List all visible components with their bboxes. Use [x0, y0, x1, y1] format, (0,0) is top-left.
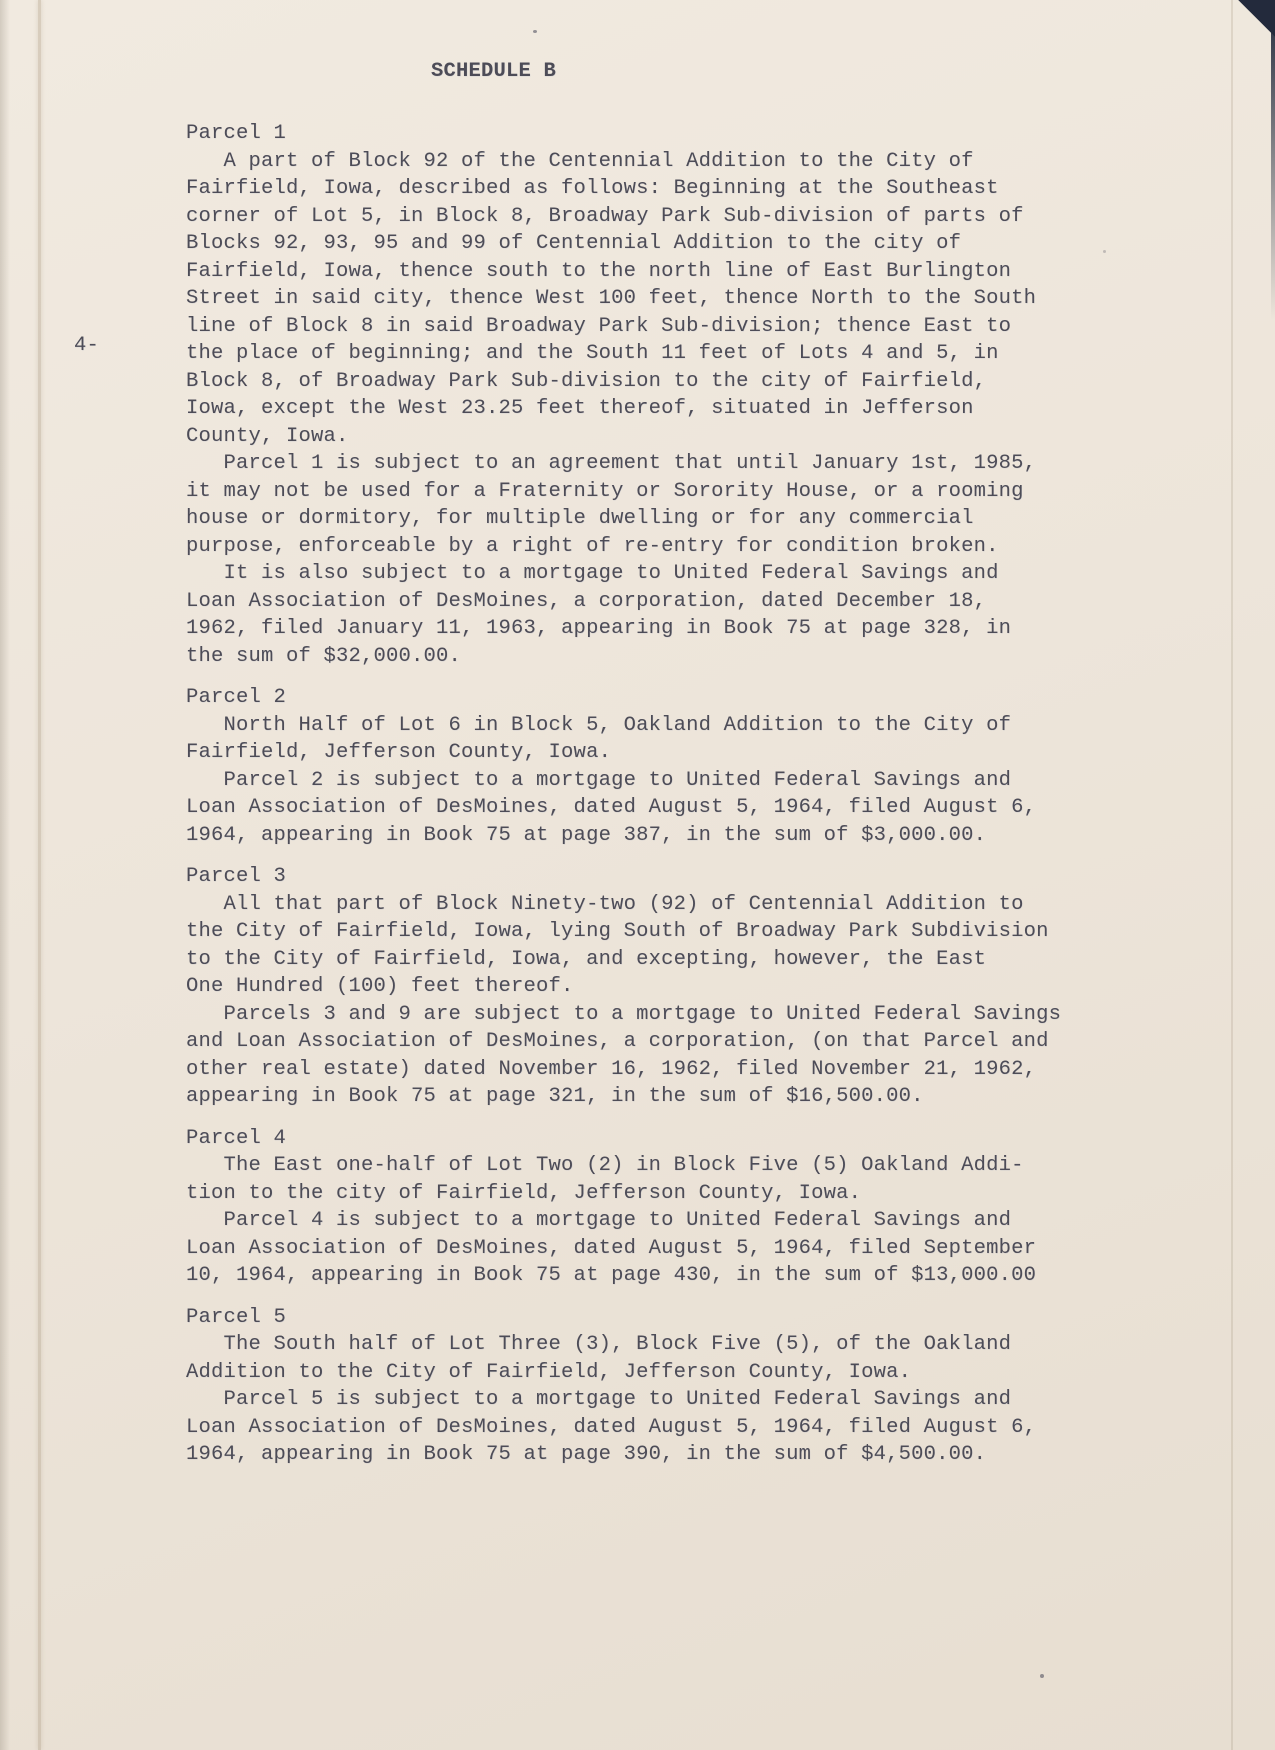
parcel-4-heading: Parcel 4	[186, 1125, 1166, 1153]
parcel-4-legal-description: The East one-half of Lot Two (2) in Bloc…	[186, 1152, 1166, 1207]
document-body: Parcel 1 A part of Block 92 of the Cente…	[186, 120, 1166, 1469]
paper-speck	[1040, 1674, 1044, 1678]
parcel-2-mortgage-clause: Parcel 2 is subject to a mortgage to Uni…	[186, 767, 1166, 850]
parcel-2-legal-description: North Half of Lot 6 in Block 5, Oakland …	[186, 712, 1166, 767]
parcel-4-mortgage-clause: Parcel 4 is subject to a mortgage to Uni…	[186, 1207, 1166, 1290]
page-title: SCHEDULE B	[431, 58, 556, 86]
parcel-3-heading: Parcel 3	[186, 863, 1166, 891]
parcel-3-legal-description: All that part of Block Ninety-two (92) o…	[186, 891, 1166, 1001]
paper-fold-line-left	[38, 0, 41, 1750]
parcel-1-agreement-clause: Parcel 1 is subject to an agreement that…	[186, 450, 1166, 560]
parcel-1-mortgage-clause: It is also subject to a mortgage to Unit…	[186, 560, 1166, 670]
parcel-1-heading: Parcel 1	[186, 120, 1166, 148]
parcel-2-section: Parcel 2 North Half of Lot 6 in Block 5,…	[186, 684, 1166, 849]
paper-speck	[533, 30, 537, 33]
parcel-1-legal-description: A part of Block 92 of the Centennial Add…	[186, 148, 1166, 451]
parcel-5-section: Parcel 5 The South half of Lot Three (3)…	[186, 1304, 1166, 1469]
parcel-5-legal-description: The South half of Lot Three (3), Block F…	[186, 1331, 1166, 1386]
parcel-5-heading: Parcel 5	[186, 1304, 1166, 1332]
parcel-5-mortgage-clause: Parcel 5 is subject to a mortgage to Uni…	[186, 1386, 1166, 1469]
paper-left-edge-shading	[0, 0, 10, 1750]
scanner-background-corner	[1238, 0, 1275, 37]
parcel-4-section: Parcel 4 The East one-half of Lot Two (2…	[186, 1125, 1166, 1290]
parcel-2-heading: Parcel 2	[186, 684, 1166, 712]
parcel-3-mortgage-clause: Parcels 3 and 9 are subject to a mortgag…	[186, 1001, 1166, 1111]
parcel-1-section: Parcel 1 A part of Block 92 of the Cente…	[186, 120, 1166, 670]
margin-note: 4-	[74, 332, 99, 360]
paper-fold-line-right	[1231, 0, 1233, 1750]
document-page: SCHEDULE B 4- Parcel 1 A part of Block 9…	[0, 0, 1275, 1750]
parcel-3-section: Parcel 3 All that part of Block Ninety-t…	[186, 863, 1166, 1111]
scanner-background-edge	[1271, 0, 1275, 320]
